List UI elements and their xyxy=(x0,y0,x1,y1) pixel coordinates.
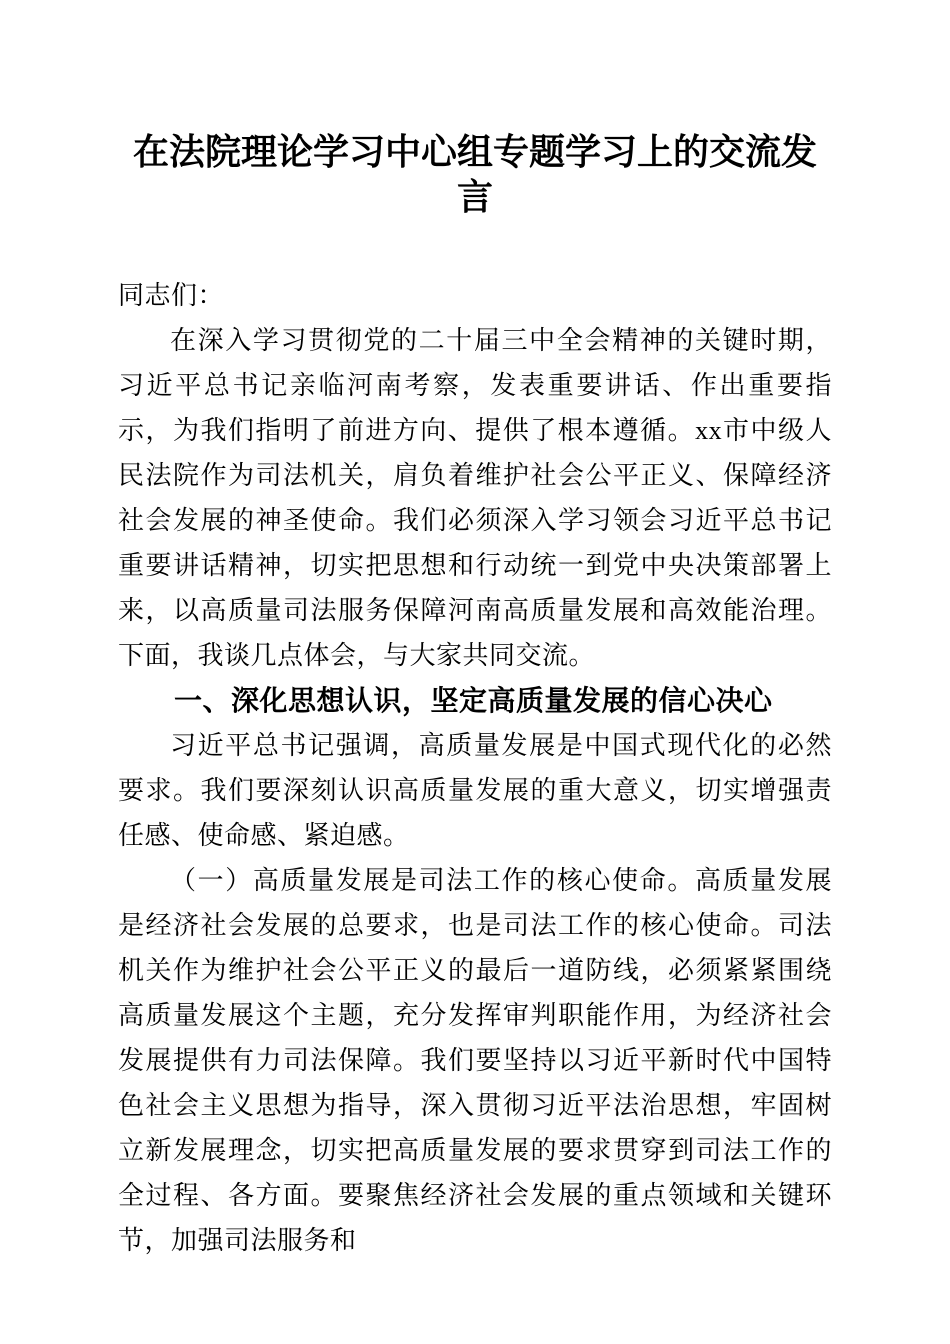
section-heading: 一、深化思想认识，坚定高质量发展的信心决心 xyxy=(118,678,832,723)
paragraph: （一）高质量发展是司法工作的核心使命。高质量发展是经济社会发展的总要求，也是司法… xyxy=(118,858,832,1263)
salutation: 同志们： xyxy=(118,273,832,318)
paragraph: 习近平总书记强调，高质量发展是中国式现代化的必然要求。我们要深刻认识高质量发展的… xyxy=(118,723,832,858)
document-title: 在法院理论学习中心组专题学习上的交流发言 xyxy=(118,130,832,220)
paragraph-list: 在深入学习贯彻党的二十届三中全会精神的关键时期，习近平总书记亲临河南考察，发表重… xyxy=(118,318,832,1263)
document-page: 在法院理论学习中心组专题学习上的交流发言 同志们： 在深入学习贯彻党的二十届三中… xyxy=(0,0,950,1344)
document-body: 同志们： 在深入学习贯彻党的二十届三中全会精神的关键时期，习近平总书记亲临河南考… xyxy=(118,273,832,1263)
paragraph: 在深入学习贯彻党的二十届三中全会精神的关键时期，习近平总书记亲临河南考察，发表重… xyxy=(118,318,832,678)
